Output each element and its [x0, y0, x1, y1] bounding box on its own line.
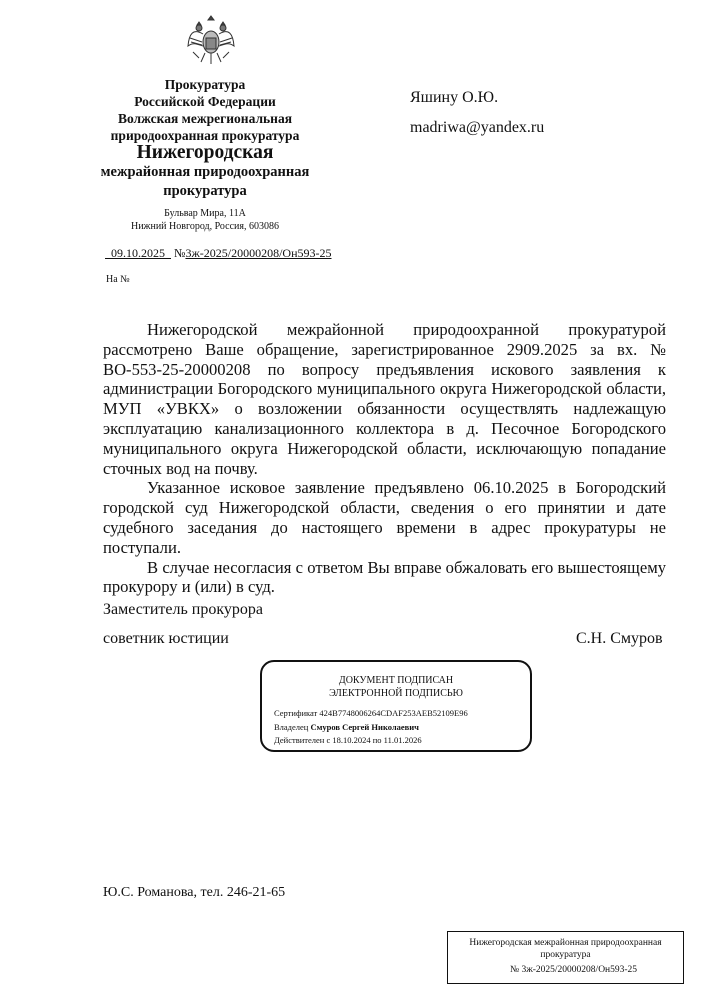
stamp-title: ДОКУМЕНТ ПОДПИСАН ЭЛЕКТРОННОЙ ПОДПИСЬЮ [262, 674, 530, 700]
dept-subtitle-line: межрайонная природоохранная [80, 163, 330, 182]
org-line: Волжская межрегиональная [80, 110, 330, 127]
body-paragraph: Нижегородской межрайонной природоохранно… [103, 320, 666, 478]
body-paragraph: В случае несогласия с ответом Вы вправе … [103, 558, 666, 598]
registration-line: 09.10.2025 №3ж-2025/20000208/Он593-25 [105, 246, 332, 261]
letter-body: Нижегородской межрайонной природоохранно… [103, 320, 666, 597]
dept-subtitle-line: прокуратура [80, 182, 330, 201]
recipient-block: Яшину О.Ю. madriwa@yandex.ru [410, 83, 544, 143]
electronic-signature-stamp: ДОКУМЕНТ ПОДПИСАН ЭЛЕКТРОННОЙ ПОДПИСЬЮ С… [260, 660, 532, 752]
stamp-title-line: ДОКУМЕНТ ПОДПИСАН [262, 674, 530, 687]
footer-number: № 3ж-2025/20000208/Он593-25 [510, 965, 637, 975]
body-paragraph: Указанное исковое заявление предъявлено … [103, 478, 666, 557]
signer-position: Заместитель прокурора [103, 601, 263, 619]
signer-name: С.Н. Смуров [576, 630, 663, 648]
org-line: Российской Федерации [80, 93, 330, 110]
reg-no-sign: № [174, 246, 185, 260]
reply-to-label: На № [106, 274, 130, 285]
valid-to: 11.01.2026 [384, 735, 422, 745]
valid-from: 18.10.2024 [332, 735, 370, 745]
address-line: Бульвар Мира, 11А [80, 207, 330, 220]
stamp-validity: Действителен с 18.10.2024 по 11.01.2026 [274, 735, 422, 745]
reg-date: 09.10.2025 [105, 246, 171, 260]
footer-registration-box: Нижегородская межрайонная природоохранна… [447, 931, 684, 984]
valid-label: Действителен с [274, 735, 330, 745]
signer-rank: советник юстиции [103, 630, 229, 648]
org-address: Бульвар Мира, 11А Нижний Новгород, Росси… [80, 207, 330, 233]
stamp-owner: Владелец Смуров Сергей Николаевич [274, 722, 419, 732]
certificate-label: Сертификат [274, 708, 317, 718]
valid-to-label: по [373, 735, 382, 745]
certificate-value: 424B7748006264CDAF253AEB52109E96 [319, 708, 467, 718]
owner-label: Владелец [274, 722, 308, 732]
address-line: Нижний Новгород, Россия, 603086 [80, 220, 330, 233]
recipient-name: Яшину О.Ю. [410, 83, 544, 113]
stamp-title-line: ЭЛЕКТРОННОЙ ПОДПИСЬЮ [262, 687, 530, 700]
footer-org: Нижегородская межрайонная природоохранна… [448, 937, 683, 961]
owner-value: Смуров Сергей Николаевич [310, 722, 418, 732]
org-name-block: Прокуратура Российской Федерации Волжска… [80, 76, 330, 144]
recipient-email: madriwa@yandex.ru [410, 113, 544, 143]
coat-of-arms-emblem [185, 12, 237, 70]
stamp-certificate: Сертификат 424B7748006264CDAF253AEB52109… [274, 708, 468, 718]
org-line: Прокуратура [80, 76, 330, 93]
reg-number: 3ж-2025/20000208/Он593-25 [185, 246, 331, 260]
dept-title: Нижегородская [80, 142, 330, 164]
executor-contact: Ю.С. Романова, тел. 246-21-65 [103, 885, 285, 901]
dept-subtitle: межрайонная природоохранная прокуратура [80, 163, 330, 201]
